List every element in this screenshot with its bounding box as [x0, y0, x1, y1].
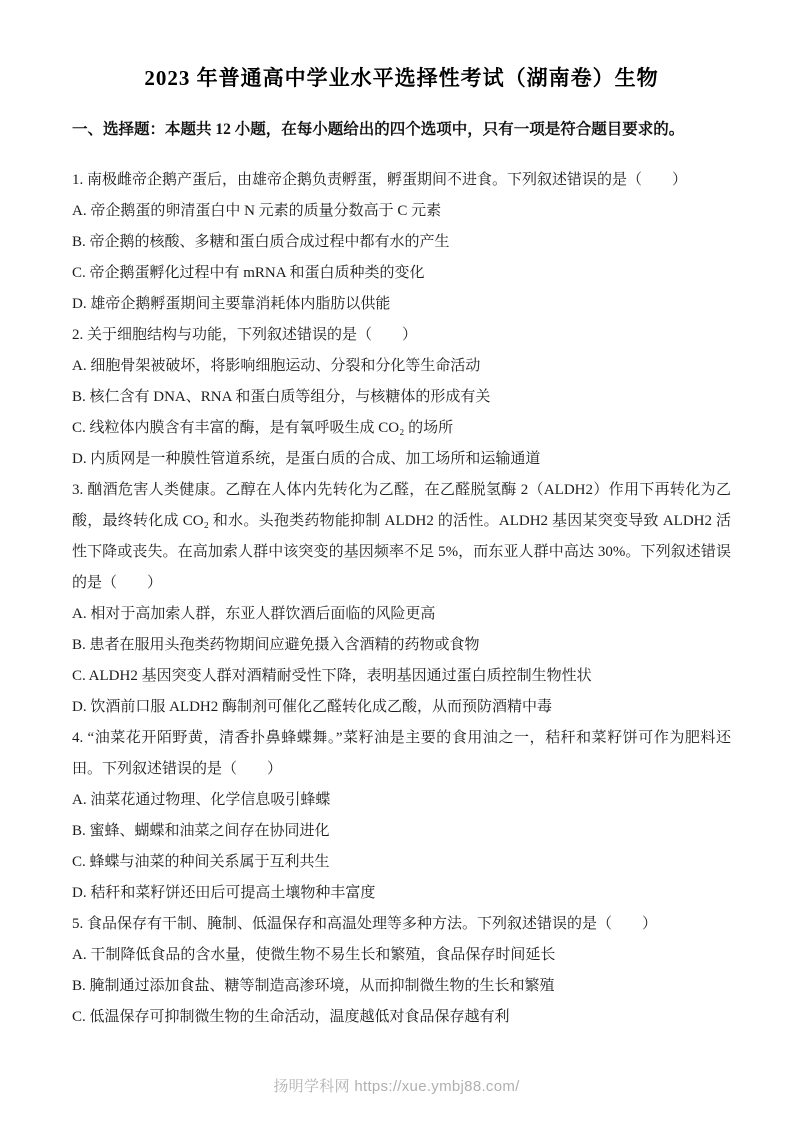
question-5-option-c: C. 低温保存可抑制微生物的生命活动，温度越低对食品保存越有利: [72, 1002, 731, 1033]
question-4-option-b: B. 蜜蜂、蝴蝶和油菜之间存在协同进化: [72, 816, 731, 847]
question-2-option-d: D. 内质网是一种膜性管道系统，是蛋白质的合成、加工场所和运输通道: [72, 444, 731, 475]
exam-title: 2023 年普通高中学业水平选择性考试（湖南卷）生物: [72, 64, 731, 92]
section-header: 一、选择题：本题共 12 小题，在每小题给出的四个选项中，只有一项是符合题目要求…: [72, 114, 731, 145]
question-2-option-b: B. 核仁含有 DNA、RNA 和蛋白质等组分，与核糖体的形成有关: [72, 382, 731, 413]
question-3-option-d: D. 饮酒前口服 ALDH2 酶制剂可催化乙醛转化成乙酸，从而预防酒精中毒: [72, 692, 731, 723]
question-1: 1. 南极雌帝企鹅产蛋后，由雄帝企鹅负责孵蛋，孵蛋期间不进食。下列叙述错误的是（…: [72, 165, 731, 320]
question-3-option-b: B. 患者在服用头孢类药物期间应避免摄入含酒精的药物或食物: [72, 630, 731, 661]
question-1-option-c: C. 帝企鹅蛋孵化过程中有 mRNA 和蛋白质种类的变化: [72, 258, 731, 289]
question-3: 3. 酗酒危害人类健康。乙醇在人体内先转化为乙醛，在乙醛脱氢酶 2（ALDH2）…: [72, 475, 731, 723]
question-1-option-a: A. 帝企鹅蛋的卵清蛋白中 N 元素的质量分数高于 C 元素: [72, 196, 731, 227]
question-3-option-c: C. ALDH2 基因突变人群对酒精耐受性下降，表明基因通过蛋白质控制生物性状: [72, 661, 731, 692]
question-1-option-d: D. 雄帝企鹅孵蛋期间主要靠消耗体内脂肪以供能: [72, 289, 731, 320]
question-1-option-b: B. 帝企鹅的核酸、多糖和蛋白质合成过程中都有水的产生: [72, 227, 731, 258]
question-4-option-c: C. 蜂蝶与油菜的种间关系属于互利共生: [72, 847, 731, 878]
question-5-option-a: A. 干制降低食品的含水量，使微生物不易生长和繁殖，食品保存时间延长: [72, 940, 731, 971]
question-5-option-b: B. 腌制通过添加食盐、糖等制造高渗环境，从而抑制微生物的生长和繁殖: [72, 971, 731, 1002]
question-4-option-a: A. 油菜花通过物理、化学信息吸引蜂蝶: [72, 785, 731, 816]
question-2: 2. 关于细胞结构与功能，下列叙述错误的是（ ） A. 细胞骨架被破坏，将影响细…: [72, 320, 731, 475]
exam-paper-page: 2023 年普通高中学业水平选择性考试（湖南卷）生物 一、选择题：本题共 12 …: [0, 0, 793, 1122]
question-1-stem: 1. 南极雌帝企鹅产蛋后，由雄帝企鹅负责孵蛋，孵蛋期间不进食。下列叙述错误的是（…: [72, 165, 731, 196]
page-content: 2023 年普通高中学业水平选择性考试（湖南卷）生物 一、选择题：本题共 12 …: [0, 0, 793, 1033]
question-2-option-a: A. 细胞骨架被破坏，将影响细胞运动、分裂和分化等生命活动: [72, 351, 731, 382]
question-4: 4. “油菜花开陌野黄，清香扑鼻蜂蝶舞。”菜籽油是主要的食用油之一，秸秆和菜籽饼…: [72, 723, 731, 909]
question-5: 5. 食品保存有干制、腌制、低温保存和高温处理等多种方法。下列叙述错误的是（ ）…: [72, 909, 731, 1033]
question-4-option-d: D. 秸秆和菜籽饼还田后可提高土壤物种丰富度: [72, 878, 731, 909]
footer-url: https://xue.ymbj88.com/: [354, 1078, 519, 1095]
question-3-stem: 3. 酗酒危害人类健康。乙醇在人体内先转化为乙醛，在乙醛脱氢酶 2（ALDH2）…: [72, 475, 731, 599]
footer-site-name: 扬明学科网: [273, 1078, 350, 1095]
question-5-stem: 5. 食品保存有干制、腌制、低温保存和高温处理等多种方法。下列叙述错误的是（ ）: [72, 909, 731, 940]
footer-watermark: 扬明学科网 https://xue.ymbj88.com/: [0, 1075, 793, 1096]
question-2-option-c: C. 线粒体内膜含有丰富的酶，是有氧呼吸生成 CO₂ 的场所: [72, 413, 731, 444]
question-4-stem: 4. “油菜花开陌野黄，清香扑鼻蜂蝶舞。”菜籽油是主要的食用油之一，秸秆和菜籽饼…: [72, 723, 731, 785]
question-2-stem: 2. 关于细胞结构与功能，下列叙述错误的是（ ）: [72, 320, 731, 351]
question-3-option-a: A. 相对于高加索人群，东亚人群饮酒后面临的风险更高: [72, 599, 731, 630]
